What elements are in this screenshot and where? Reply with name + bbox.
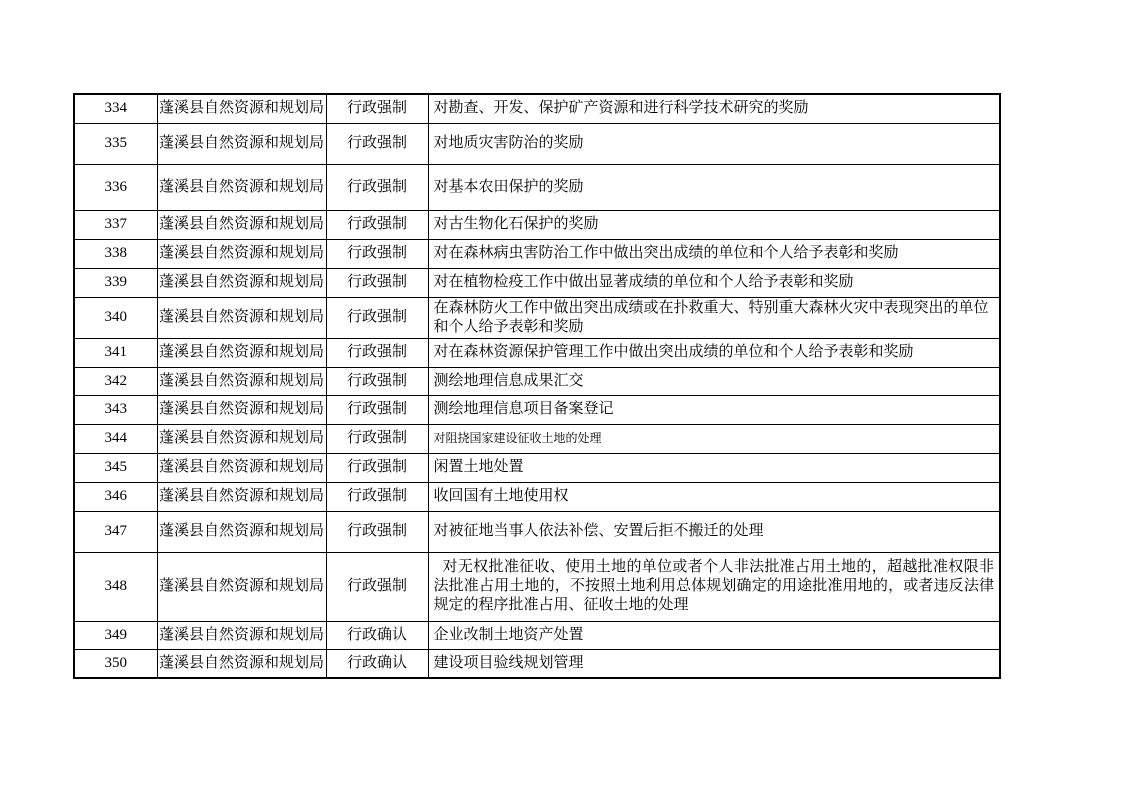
row-number: 345	[74, 453, 157, 482]
item-cell: 测绘地理信息成果汇交	[428, 367, 1000, 395]
category-cell: 行政强制	[326, 482, 428, 511]
row-number: 340	[74, 297, 157, 338]
row-number: 336	[74, 164, 157, 210]
row-number: 344	[74, 424, 157, 453]
department-cell: 蓬溪县自然资源和规划局	[157, 297, 326, 338]
category-cell: 行政强制	[326, 511, 428, 552]
department-cell: 蓬溪县自然资源和规划局	[157, 210, 326, 239]
department-cell: 蓬溪县自然资源和规划局	[157, 424, 326, 453]
row-number: 347	[74, 511, 157, 552]
row-number: 346	[74, 482, 157, 511]
category-cell: 行政强制	[326, 268, 428, 297]
category-cell: 行政强制	[326, 123, 428, 164]
category-cell: 行政确认	[326, 649, 428, 678]
item-cell: 对在森林资源保护管理工作中做出突出成绩的单位和个人给予表彰和奖励	[428, 338, 1000, 367]
department-cell: 蓬溪县自然资源和规划局	[157, 123, 326, 164]
department-cell: 蓬溪县自然资源和规划局	[157, 482, 326, 511]
table-row: 344 蓬溪县自然资源和规划局 行政强制 对阻挠国家建设征收土地的处理	[74, 424, 1000, 453]
table-row: 334 蓬溪县自然资源和规划局 行政强制 对勘查、开发、保护矿产资源和进行科学技…	[74, 94, 1000, 123]
category-cell: 行政强制	[326, 338, 428, 367]
table-row: 348 蓬溪县自然资源和规划局 行政强制 对无权批准征收、使用土地的单位或者个人…	[74, 552, 1000, 621]
table-row: 343 蓬溪县自然资源和规划局 行政强制 测绘地理信息项目备案登记	[74, 395, 1000, 424]
table-row: 339 蓬溪县自然资源和规划局 行政强制 对在植物检疫工作中做出显著成绩的单位和…	[74, 268, 1000, 297]
table-row: 350 蓬溪县自然资源和规划局 行政确认 建设项目验线规划管理	[74, 649, 1000, 678]
category-cell: 行政强制	[326, 239, 428, 268]
row-number: 342	[74, 367, 157, 395]
admin-powers-table: 334 蓬溪县自然资源和规划局 行政强制 对勘查、开发、保护矿产资源和进行科学技…	[73, 93, 1001, 679]
department-cell: 蓬溪县自然资源和规划局	[157, 268, 326, 297]
table-row: 335 蓬溪县自然资源和规划局 行政强制 对地质灾害防治的奖励	[74, 123, 1000, 164]
row-number: 338	[74, 239, 157, 268]
row-number: 350	[74, 649, 157, 678]
table-row: 342 蓬溪县自然资源和规划局 行政强制 测绘地理信息成果汇交	[74, 367, 1000, 395]
row-number: 343	[74, 395, 157, 424]
department-cell: 蓬溪县自然资源和规划局	[157, 164, 326, 210]
table-row: 336 蓬溪县自然资源和规划局 行政强制 对基本农田保护的奖励	[74, 164, 1000, 210]
row-number: 334	[74, 94, 157, 123]
category-cell: 行政确认	[326, 621, 428, 649]
item-cell: 企业改制土地资产处置	[428, 621, 1000, 649]
category-cell: 行政强制	[326, 94, 428, 123]
department-cell: 蓬溪县自然资源和规划局	[157, 94, 326, 123]
row-number: 341	[74, 338, 157, 367]
item-cell: 对无权批准征收、使用土地的单位或者个人非法批准占用土地的，超越批准权限非法批准占…	[428, 552, 1000, 621]
row-number: 349	[74, 621, 157, 649]
table-row: 347 蓬溪县自然资源和规划局 行政强制 对被征地当事人依法补偿、安置后拒不搬迁…	[74, 511, 1000, 552]
item-cell: 闲置土地处置	[428, 453, 1000, 482]
category-cell: 行政强制	[326, 453, 428, 482]
item-cell: 对古生物化石保护的奖励	[428, 210, 1000, 239]
item-cell: 对在植物检疫工作中做出显著成绩的单位和个人给予表彰和奖励	[428, 268, 1000, 297]
category-cell: 行政强制	[326, 367, 428, 395]
category-cell: 行政强制	[326, 210, 428, 239]
department-cell: 蓬溪县自然资源和规划局	[157, 621, 326, 649]
department-cell: 蓬溪县自然资源和规划局	[157, 367, 326, 395]
category-cell: 行政强制	[326, 297, 428, 338]
department-cell: 蓬溪县自然资源和规划局	[157, 511, 326, 552]
document-page: 334 蓬溪县自然资源和规划局 行政强制 对勘查、开发、保护矿产资源和进行科学技…	[0, 0, 1122, 793]
item-cell: 对在森林病虫害防治工作中做出突出成绩的单位和个人给予表彰和奖励	[428, 239, 1000, 268]
table-row: 345 蓬溪县自然资源和规划局 行政强制 闲置土地处置	[74, 453, 1000, 482]
category-cell: 行政强制	[326, 164, 428, 210]
item-cell: 测绘地理信息项目备案登记	[428, 395, 1000, 424]
department-cell: 蓬溪县自然资源和规划局	[157, 395, 326, 424]
row-number: 348	[74, 552, 157, 621]
department-cell: 蓬溪县自然资源和规划局	[157, 239, 326, 268]
item-cell: 对基本农田保护的奖励	[428, 164, 1000, 210]
item-cell: 对阻挠国家建设征收土地的处理	[428, 424, 1000, 453]
item-cell: 对地质灾害防治的奖励	[428, 123, 1000, 164]
row-number: 337	[74, 210, 157, 239]
item-cell: 收回国有土地使用权	[428, 482, 1000, 511]
item-cell: 在森林防火工作中做出突出成绩或在扑救重大、特别重大森林火灾中表现突出的单位和个人…	[428, 297, 1000, 338]
table-row: 346 蓬溪县自然资源和规划局 行政强制 收回国有土地使用权	[74, 482, 1000, 511]
item-cell: 对勘查、开发、保护矿产资源和进行科学技术研究的奖励	[428, 94, 1000, 123]
department-cell: 蓬溪县自然资源和规划局	[157, 453, 326, 482]
row-number: 339	[74, 268, 157, 297]
table-row: 338 蓬溪县自然资源和规划局 行政强制 对在森林病虫害防治工作中做出突出成绩的…	[74, 239, 1000, 268]
table-row: 349 蓬溪县自然资源和规划局 行政确认 企业改制土地资产处置	[74, 621, 1000, 649]
table-row: 340 蓬溪县自然资源和规划局 行政强制 在森林防火工作中做出突出成绩或在扑救重…	[74, 297, 1000, 338]
department-cell: 蓬溪县自然资源和规划局	[157, 338, 326, 367]
category-cell: 行政强制	[326, 552, 428, 621]
item-cell: 对被征地当事人依法补偿、安置后拒不搬迁的处理	[428, 511, 1000, 552]
category-cell: 行政强制	[326, 395, 428, 424]
table-row: 337 蓬溪县自然资源和规划局 行政强制 对古生物化石保护的奖励	[74, 210, 1000, 239]
department-cell: 蓬溪县自然资源和规划局	[157, 649, 326, 678]
row-number: 335	[74, 123, 157, 164]
table-row: 341 蓬溪县自然资源和规划局 行政强制 对在森林资源保护管理工作中做出突出成绩…	[74, 338, 1000, 367]
item-cell: 建设项目验线规划管理	[428, 649, 1000, 678]
department-cell: 蓬溪县自然资源和规划局	[157, 552, 326, 621]
category-cell: 行政强制	[326, 424, 428, 453]
